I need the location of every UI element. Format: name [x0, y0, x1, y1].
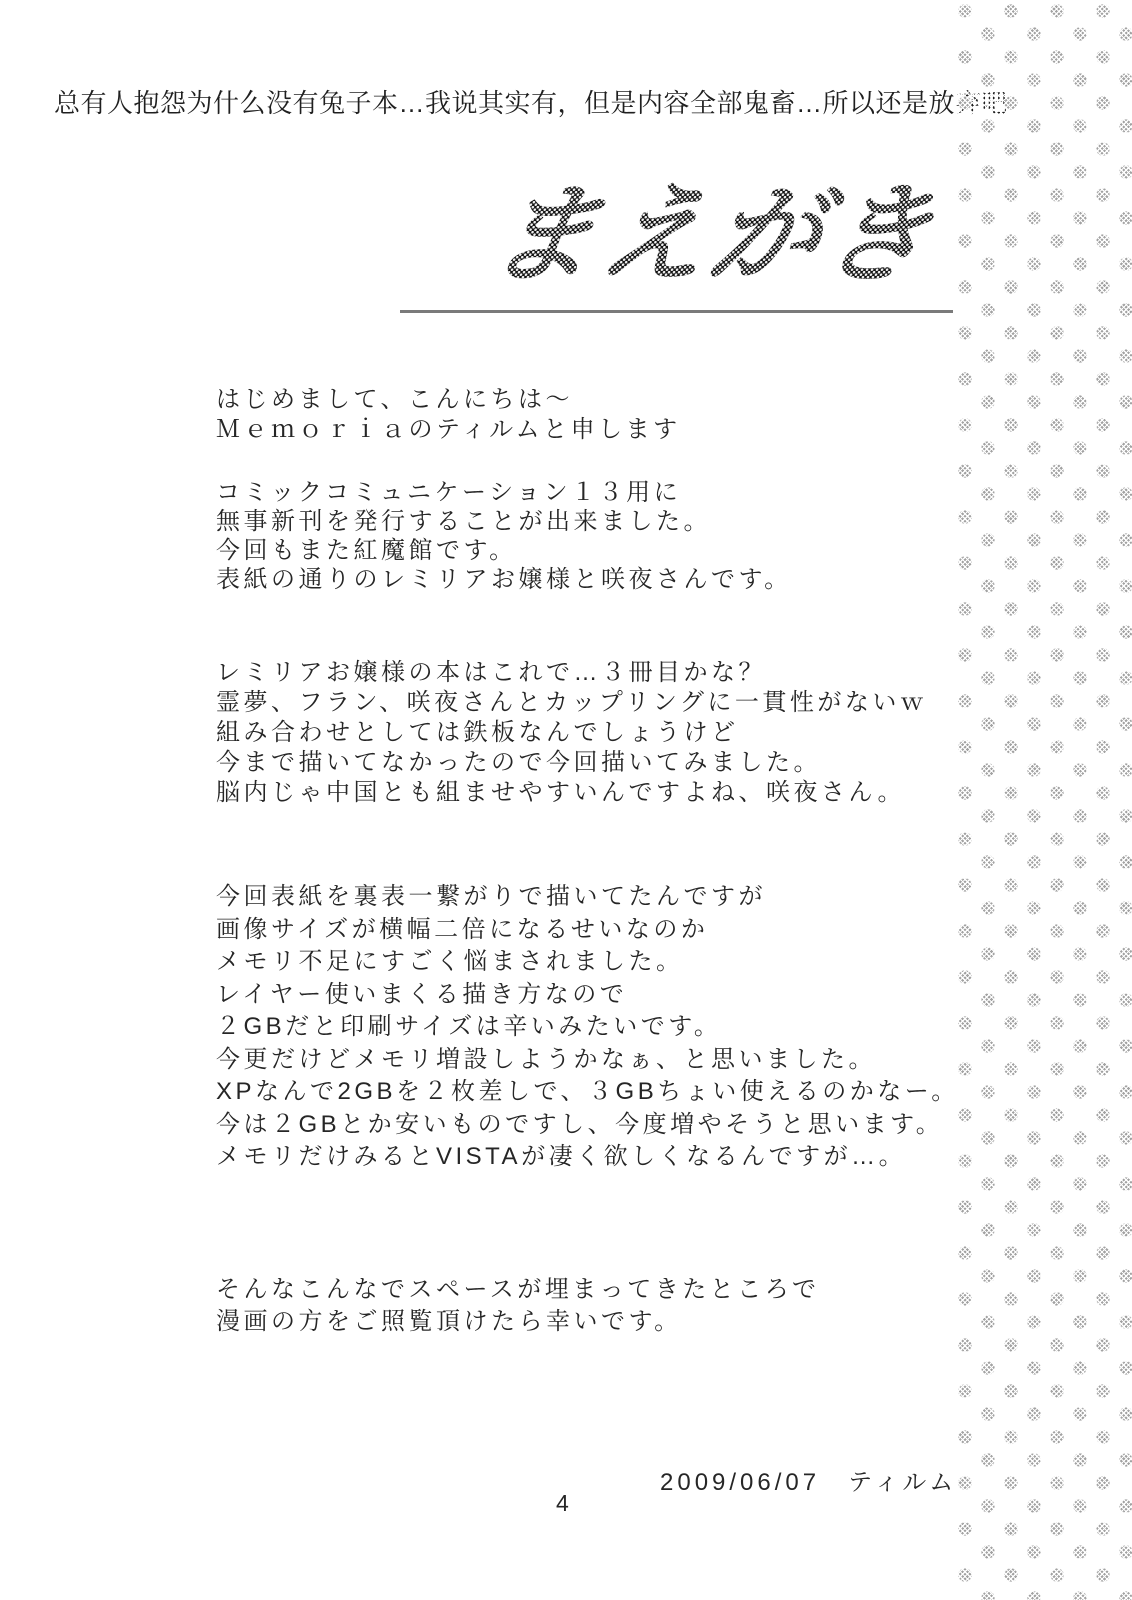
paragraph-line: 脳内じゃ中国とも組ませやすいんですよね、咲夜さん。	[216, 778, 927, 808]
paragraph-line: 今は２GBとか安いものですし、今度増やそうと思います。	[216, 1109, 959, 1142]
doujinshi-foreword-page: 总有人抱怨为什么没有兔子本…我说其实有，但是内容全部鬼畜…所以还是放弃吧 まえが…	[0, 0, 1132, 1600]
paragraph-line: はじめまして、こんにちは～	[216, 385, 681, 415]
halftone-dot-pattern	[954, 0, 1132, 1600]
paragraph-line: レイヤー使いまくる描き方なので	[216, 979, 959, 1012]
paragraph-memory: 今回表紙を裏表一繋がりで描いてたんですが 画像サイズが横幅二倍になるせいなのか …	[216, 881, 959, 1174]
paragraph-line: コミックコミュニケーション１３用に	[216, 478, 792, 507]
paragraph-new-book: コミックコミュニケーション１３用に 無事新刊を発行することが出来ました。 今回も…	[216, 478, 792, 594]
paragraph-closing: そんなこんなでスペースが埋まってきたところで 漫画の方をご照覧頂けたら幸いです。	[216, 1274, 820, 1338]
title-underline	[400, 310, 953, 313]
paragraph-line: XPなんで2GBを２枚差しで、３GBちょい使えるのかなー。	[216, 1076, 959, 1109]
page-title: まえがき	[478, 176, 947, 295]
page-number: 4	[556, 1490, 569, 1517]
translator-note: 总有人抱怨为什么没有兔子本…我说其实有，但是内容全部鬼畜…所以还是放弃吧	[54, 83, 1008, 120]
paragraph-line: 表紙の通りのレミリアお嬢様と咲夜さんです。	[216, 565, 792, 594]
paragraph-line: Ｍｅｍｏｒｉａのティルムと申します	[216, 415, 681, 445]
date-signature: 2009/06/07 ティルム	[660, 1462, 957, 1497]
paragraph-line: そんなこんなでスペースが埋まってきたところで	[216, 1274, 820, 1306]
paragraph-pairing: レミリアお嬢様の本はこれで…３冊目かな？ 霊夢、フラン、咲夜さんとカップリングに…	[216, 658, 927, 808]
paragraph-line: 漫画の方をご照覧頂けたら幸いです。	[216, 1306, 820, 1338]
paragraph-line: 今更だけどメモリ増設しようかなぁ、と思いました。	[216, 1044, 959, 1077]
paragraph-greeting: はじめまして、こんにちは～ Ｍｅｍｏｒｉａのティルムと申します	[216, 385, 681, 445]
paragraph-line: 今回表紙を裏表一繋がりで描いてたんですが	[216, 881, 959, 914]
paragraph-line: 無事新刊を発行することが出来ました。	[216, 507, 792, 536]
paragraph-line: 画像サイズが横幅二倍になるせいなのか	[216, 914, 959, 947]
paragraph-line: レミリアお嬢様の本はこれで…３冊目かな？	[216, 658, 927, 688]
paragraph-line: ２GBだと印刷サイズは辛いみたいです。	[216, 1011, 959, 1044]
paragraph-line: 今まで描いてなかったので今回描いてみました。	[216, 748, 927, 778]
paragraph-line: メモリだけみるとVISTAが凄く欲しくなるんですが…。	[216, 1141, 959, 1174]
paragraph-line: 組み合わせとしては鉄板なんでしょうけど	[216, 718, 927, 748]
paragraph-line: 今回もまた紅魔館です。	[216, 536, 792, 565]
paragraph-line: メモリ不足にすごく悩まされました。	[216, 946, 959, 979]
paragraph-line: 霊夢、フラン、咲夜さんとカップリングに一貫性がないｗ	[216, 688, 927, 718]
